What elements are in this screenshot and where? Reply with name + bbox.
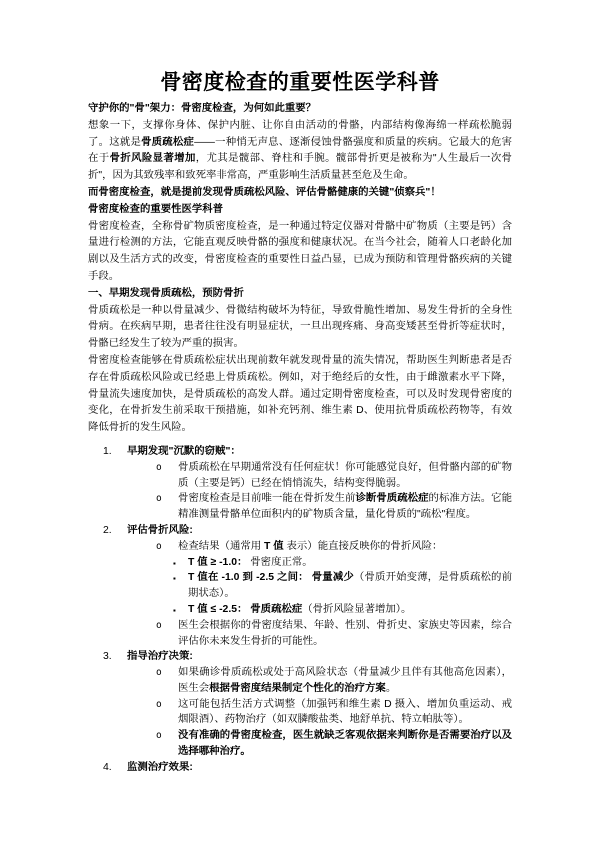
text-run: 骨密度检查是目前唯一能在骨折发生前: [178, 493, 355, 504]
text-run: 根据骨密度结果制定个性化的治疗方案: [209, 683, 386, 694]
text-run: 骨密度正常。: [250, 557, 312, 568]
list-marker: ▪: [173, 571, 176, 587]
text-run: 骨密度检查，全称骨矿物质密度检查，是一种通过特定仪器对骨骼中矿物质（主要是钙）含…: [88, 221, 512, 282]
list-marker: o: [156, 697, 162, 713]
list-marker: 2.: [103, 523, 112, 539]
list-item-level-3: ▪T 值 ≥ -1.0： 骨密度正常。: [88, 555, 512, 571]
paragraph: 一、早期发现骨质疏松，预防骨折: [88, 286, 512, 303]
text-run: 骨密度检查的重要性医学科普: [88, 204, 223, 215]
text-run: 骨质疏松在早期通常没有任何症状！你可能感觉良好，但骨骼内部的矿物质（主要是钙）已…: [178, 462, 512, 489]
text-run: （骨折风险显著增加）。: [302, 604, 411, 615]
text-run: 骨质疏松是一种以骨量减少、骨微结构破坏为特征，导致骨脆性增加、易发生骨折的全身性…: [88, 305, 512, 350]
text-run: T 值 ≤ -2.5： 骨质疏松症: [188, 604, 302, 615]
text-run: 评估骨折风险:: [127, 525, 193, 536]
document-blocks: 守护你的"骨"架力：骨密度检查，为何如此重要？想象一下，支撑你身体、保护内脏、让…: [88, 101, 512, 776]
paragraph: 守护你的"骨"架力：骨密度检查，为何如此重要？: [88, 101, 512, 118]
text-run: 诊断骨质疏松症: [355, 493, 428, 504]
text-run: 骨密度检查能够在骨质疏松症状出现前数年就发现骨量的流失情况，帮助医生判断患者是否…: [88, 355, 512, 433]
text-run: 医生会根据你的骨密度结果、年龄、性别、骨折史、家族史等因素，综合评估你未来发生骨…: [178, 620, 512, 647]
paragraph: 骨质疏松是一种以骨量减少、骨微结构破坏为特征，导致骨脆性增加、易发生骨折的全身性…: [88, 303, 512, 353]
list-marker: o: [156, 618, 162, 634]
list-item-level-2: o如果确诊骨质疏松或处于高风险状态（骨量减少且伴有其他高危因素），医生会根据骨密…: [88, 665, 512, 697]
document-title: 骨密度检查的重要性医学科普: [88, 70, 512, 96]
list-marker: o: [156, 460, 162, 476]
list-item-level-1: 2.评估骨折风险:: [88, 523, 512, 539]
list-item-level-3: ▪T 值在 -1.0 到 -2.5 之间： 骨量减少（骨质开始变薄，是骨质疏松的…: [88, 570, 512, 602]
list-marker: 1.: [103, 444, 112, 460]
list-marker: o: [156, 491, 162, 507]
list-item-level-1: 4.监测治疗效果:: [88, 760, 512, 776]
list-item-level-2: o医生会根据你的骨密度结果、年龄、性别、骨折史、家族史等因素，综合评估你未来发生…: [88, 618, 512, 650]
text-run: 这可能包括生活方式调整（加强钙和维生素 D 摄入、增加负重运动、戒烟限酒）、药物…: [178, 699, 512, 726]
list-item-level-2: o检查结果（通常用 T 值 表示）能直接反映你的骨折风险：: [88, 539, 512, 555]
list-marker: ▪: [173, 556, 176, 572]
text-run: T 值: [264, 541, 287, 552]
text-run: T 值 ≥ -1.0：: [188, 557, 250, 568]
paragraph: 骨密度检查，全称骨矿物质密度检查，是一种通过特定仪器对骨骼中矿物质（主要是钙）含…: [88, 219, 512, 286]
list-marker: ▪: [173, 603, 176, 619]
text-run: 骨折风险显著增加: [110, 153, 196, 164]
text-run: 没有准确的骨密度检查，医生就缺乏客观依据来判断你是否需要治疗以及选择哪种治疗。: [178, 730, 512, 757]
list-item-level-1: 3.指导治疗决策:: [88, 649, 512, 665]
list-item-level-2: o骨质疏松在早期通常没有任何症状！你可能感觉良好，但骨骼内部的矿物质（主要是钙）…: [88, 460, 512, 492]
paragraph: 而骨密度检查，就是提前发现骨质疏松风险、评估骨骼健康的关键"侦察兵"！: [88, 185, 512, 202]
text-run: 监测治疗效果:: [127, 762, 193, 773]
text-run: 检查结果（通常用: [178, 541, 264, 552]
text-run: T 值在 -1.0 到 -2.5 之间： 骨量减少: [188, 572, 354, 583]
list-marker: o: [156, 665, 162, 681]
text-run: 指导治疗决策:: [127, 651, 193, 662]
text-run: 守护你的"骨"架力：骨密度检查，为何如此重要？: [88, 103, 316, 114]
paragraph: 骨密度检查的重要性医学科普: [88, 202, 512, 219]
document-body: 骨密度检查的重要性医学科普 守护你的"骨"架力：骨密度检查，为何如此重要？想象一…: [88, 70, 512, 776]
paragraph: 想象一下，支撑你身体、保护内脏、让你自由活动的骨骼，内部结构像海绵一样疏松脆弱了…: [88, 118, 512, 185]
document-page: 骨密度检查的重要性医学科普 守护你的"骨"架力：骨密度检查，为何如此重要？想象一…: [0, 0, 595, 841]
list-marker: 3.: [103, 649, 112, 665]
text-run: 而骨密度检查，就是提前发现骨质疏松风险、评估骨骼健康的关键"侦察兵"！: [88, 187, 441, 198]
paragraph: 骨密度检查能够在骨质疏松症状出现前数年就发现骨量的流失情况，帮助医生判断患者是否…: [88, 353, 512, 437]
list-marker: o: [156, 728, 162, 744]
list-item-level-2: o没有准确的骨密度检查，医生就缺乏客观依据来判断你是否需要治疗以及选择哪种治疗。: [88, 728, 512, 760]
list-item-level-1: 1.早期发现"沉默的窃贼"：: [88, 444, 512, 460]
text-run: 一、早期发现骨质疏松，预防骨折: [88, 288, 244, 299]
text-run: 早期发现"沉默的窃贼"：: [127, 446, 241, 457]
list-marker: o: [156, 539, 162, 555]
text-run: 表示）能直接反映你的骨折风险：: [287, 541, 443, 552]
list-item-level-3: ▪T 值 ≤ -2.5： 骨质疏松症（骨折风险显著增加）。: [88, 602, 512, 618]
list-marker: 4.: [103, 760, 112, 776]
text-run: 。: [386, 683, 396, 694]
text-run: 骨质疏松症: [141, 137, 194, 148]
list-item-level-2: o这可能包括生活方式调整（加强钙和维生素 D 摄入、增加负重运动、戒烟限酒）、药…: [88, 697, 512, 729]
list-item-level-2: o骨密度检查是目前唯一能在骨折发生前诊断骨质疏松症的标准方法。它能精准测量骨骼单…: [88, 491, 512, 523]
